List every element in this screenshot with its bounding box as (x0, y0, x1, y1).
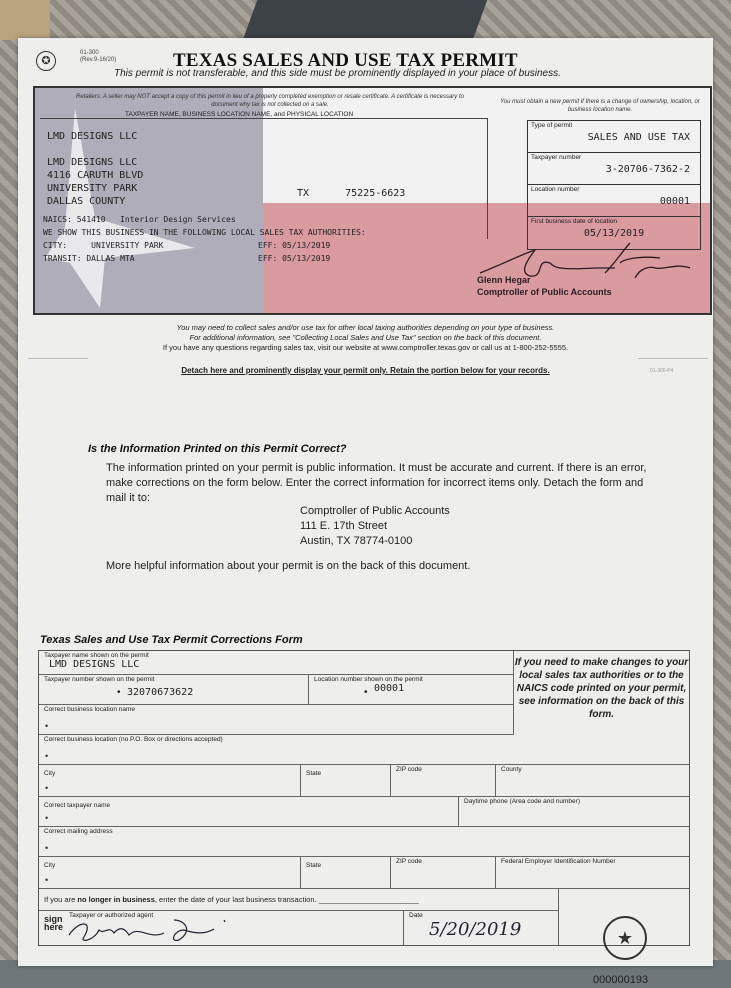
signer: Glenn Hegar Comptroller of Public Accoun… (477, 274, 612, 298)
taxpayer-address: LMD DESIGNS LLC LMD DESIGNS LLC 4116 CAR… (47, 130, 143, 208)
bullet: • (45, 721, 48, 731)
taxpayer-number-field: Taxpayer number 3-20706-7362-2 (528, 153, 700, 185)
city-field[interactable]: City • (39, 765, 301, 797)
info-body: The information printed on your permit i… (106, 461, 651, 506)
field-label: Daytime phone (Area code and number) (464, 798, 580, 805)
taxpayer-location-label: TAXPAYER NAME, BUSINESS LOCATION NAME, a… (125, 111, 353, 118)
authority-label: CITY: UNIVERSITY PARK (43, 239, 258, 252)
background-wood (0, 0, 50, 40)
bullet: • (45, 875, 48, 885)
permit-fields: Type of permit SALES AND USE TAX Taxpaye… (527, 120, 701, 250)
local-authority-note: If you need to make changes to your loca… (514, 656, 689, 721)
bullet: • (45, 751, 48, 761)
field-label: Type of permit (531, 122, 572, 129)
form-number: 01-300 (Rev.9-16/20) (80, 50, 116, 64)
authority-label: TRANSIT: DALLAS MTA (43, 252, 258, 265)
local-tax-notice: You may need to collect sales and/or use… (78, 323, 653, 353)
permit-type-field: Type of permit SALES AND USE TAX (528, 121, 700, 153)
comptroller-seal-icon: ✪ (36, 51, 56, 71)
document-subtitle: This permit is not transferable, and thi… (114, 68, 561, 79)
taxpayer-name-field[interactable]: Taxpayer name shown on the permit LMD DE… (39, 651, 514, 675)
fein-field[interactable]: Federal Employer Identification Number (496, 857, 689, 889)
field-label: ZIP code (396, 858, 422, 865)
county-field[interactable]: County (496, 765, 689, 797)
business-location-name-field[interactable]: Correct business location name • (39, 705, 514, 735)
field-value: LMD DESIGNS LLC (49, 659, 139, 670)
location-number-field: Location number 00001 (528, 185, 700, 217)
city: UNIVERSITY PARK (47, 182, 143, 195)
authority-city: CITY: UNIVERSITY PARKEFF: 05/13/2019 (43, 239, 366, 252)
field-label: County (501, 766, 522, 773)
notice-line: For additional information, see "Collect… (78, 333, 653, 343)
detach-line (638, 358, 708, 359)
field-label: Correct business location name (44, 706, 135, 713)
signature-field[interactable]: sign here Taxpayer or authorized agent (39, 911, 404, 945)
text: If you are (44, 895, 77, 904)
state-zip: TX 75225-6623 (297, 188, 405, 199)
field-value: 3-20706-7362-2 (606, 164, 690, 175)
signer-name: Glenn Hegar (477, 274, 612, 286)
business-name: LMD DESIGNS LLC (47, 156, 143, 169)
authority-transit: TRANSIT: DALLAS MTAEFF: 05/13/2019 (43, 252, 366, 265)
business-location-field[interactable]: Correct business location (no P.O. Box o… (39, 735, 689, 765)
detach-line (28, 358, 88, 359)
field-value: 5/20/2019 (429, 919, 521, 940)
text-bold: no longer in business (77, 895, 155, 904)
notice-line: You may need to collect sales and/or use… (78, 323, 653, 333)
field-value: SALES AND USE TAX (588, 132, 690, 143)
no-longer-label: If you are no longer in business, enter … (44, 895, 419, 904)
detach-instruction: Detach here and prominently display your… (78, 366, 653, 375)
comptroller-office-seal-icon: ★ (603, 916, 647, 960)
daytime-phone-field[interactable]: Daytime phone (Area code and number) (459, 797, 689, 827)
street: 4116 CARUTH BLVD (47, 169, 143, 182)
change-notice: You must obtain a new permit if there is… (500, 98, 700, 114)
state: TX (297, 188, 309, 199)
date-field[interactable]: Date 5/20/2019 (404, 911, 559, 945)
field-label: Federal Employer Identification Number (501, 858, 616, 865)
notice-line: If you have any questions regarding sale… (78, 343, 653, 353)
field-label: Location number shown on the permit (314, 676, 423, 683)
bullet: • (45, 783, 48, 793)
form-id: 01-300 (80, 50, 116, 57)
field-label: Taxpayer number (531, 154, 581, 161)
taxpayer-name: LMD DESIGNS LLC (47, 130, 143, 143)
field-value: 00001 (660, 196, 690, 207)
sign-here-label: sign here (44, 915, 66, 931)
corrections-form-title: Texas Sales and Use Tax Permit Correctio… (40, 634, 303, 646)
field-label: Taxpayer name shown on the permit (44, 652, 149, 659)
field-label: State (306, 770, 321, 777)
background-object (243, 0, 488, 40)
mailing-state-field[interactable]: State (301, 857, 391, 889)
form-revision: (Rev.9-16/20) (80, 57, 116, 64)
bullet: • (117, 687, 121, 698)
location-number-field[interactable]: Location number shown on the permit • 00… (309, 675, 514, 705)
field-label: Correct mailing address (44, 828, 113, 835)
document-number: 000000193 (593, 974, 648, 986)
field-label: Date (409, 912, 423, 919)
address-line: 111 E. 17th Street (300, 519, 450, 534)
permit-document: ✪ 01-300 (Rev.9-16/20) TEXAS SALES AND U… (18, 38, 713, 966)
mailing-address: Comptroller of Public Accounts 111 E. 17… (300, 504, 450, 549)
text: , enter the date of your last business t… (155, 895, 317, 904)
permit-card: Retailers: A seller may NOT accept a cop… (33, 86, 712, 315)
field-label: First business date of location (531, 218, 617, 225)
field-label: State (306, 862, 321, 869)
corrections-form: Taxpayer name shown on the permit LMD DE… (38, 650, 690, 946)
field-label: Correct taxpayer name (44, 802, 110, 809)
bullet: • (45, 813, 48, 823)
mailing-city-field[interactable]: City • (39, 857, 301, 889)
field-label: City (44, 862, 55, 869)
authority-eff: EFF: 05/13/2019 (258, 254, 330, 263)
field-label: ZIP code (396, 766, 422, 773)
signer-title: Comptroller of Public Accounts (477, 286, 612, 298)
address-line: Comptroller of Public Accounts (300, 504, 450, 519)
mailing-zip-field[interactable]: ZIP code (391, 857, 496, 889)
state-field[interactable]: State (301, 765, 391, 797)
naics-authorities: NAICS: 541410 Interior Design ServicesWE… (43, 213, 366, 265)
more-info: More helpful information about your perm… (106, 560, 470, 572)
field-label: Location number (531, 186, 579, 193)
mailing-address-field[interactable]: Correct mailing address • (39, 827, 689, 857)
bullet: • (364, 687, 368, 698)
zip: 75225-6623 (345, 188, 405, 199)
field-label: Correct business location (no P.O. Box o… (44, 736, 223, 743)
no-longer-in-business-field[interactable]: If you are no longer in business, enter … (39, 889, 559, 911)
bullet: • (45, 843, 48, 853)
county: DALLAS COUNTY (47, 195, 143, 208)
retailers-notice: Retailers: A seller may NOT accept a cop… (75, 93, 465, 109)
naics-line: NAICS: 541410 Interior Design Services (43, 213, 366, 226)
taxpayer-signature (64, 915, 264, 945)
info-heading: Is the Information Printed on this Permi… (88, 443, 347, 455)
zip-field[interactable]: ZIP code (391, 765, 496, 797)
authority-eff: EFF: 05/13/2019 (258, 241, 330, 250)
correct-taxpayer-name-field[interactable]: Correct taxpayer name • (39, 797, 459, 827)
field-label: City (44, 770, 55, 777)
field-value: 32070673622 (127, 687, 193, 698)
taxpayer-number-field[interactable]: Taxpayer number shown on the permit • 32… (39, 675, 309, 705)
authorities-line: WE SHOW THIS BUSINESS IN THE FOLLOWING L… (43, 226, 366, 239)
side-code: 01-300-P4 (650, 368, 673, 374)
field-label: Taxpayer number shown on the permit (44, 676, 155, 683)
address-line: Austin, TX 78774-0100 (300, 534, 450, 549)
field-value: 00001 (374, 683, 404, 694)
